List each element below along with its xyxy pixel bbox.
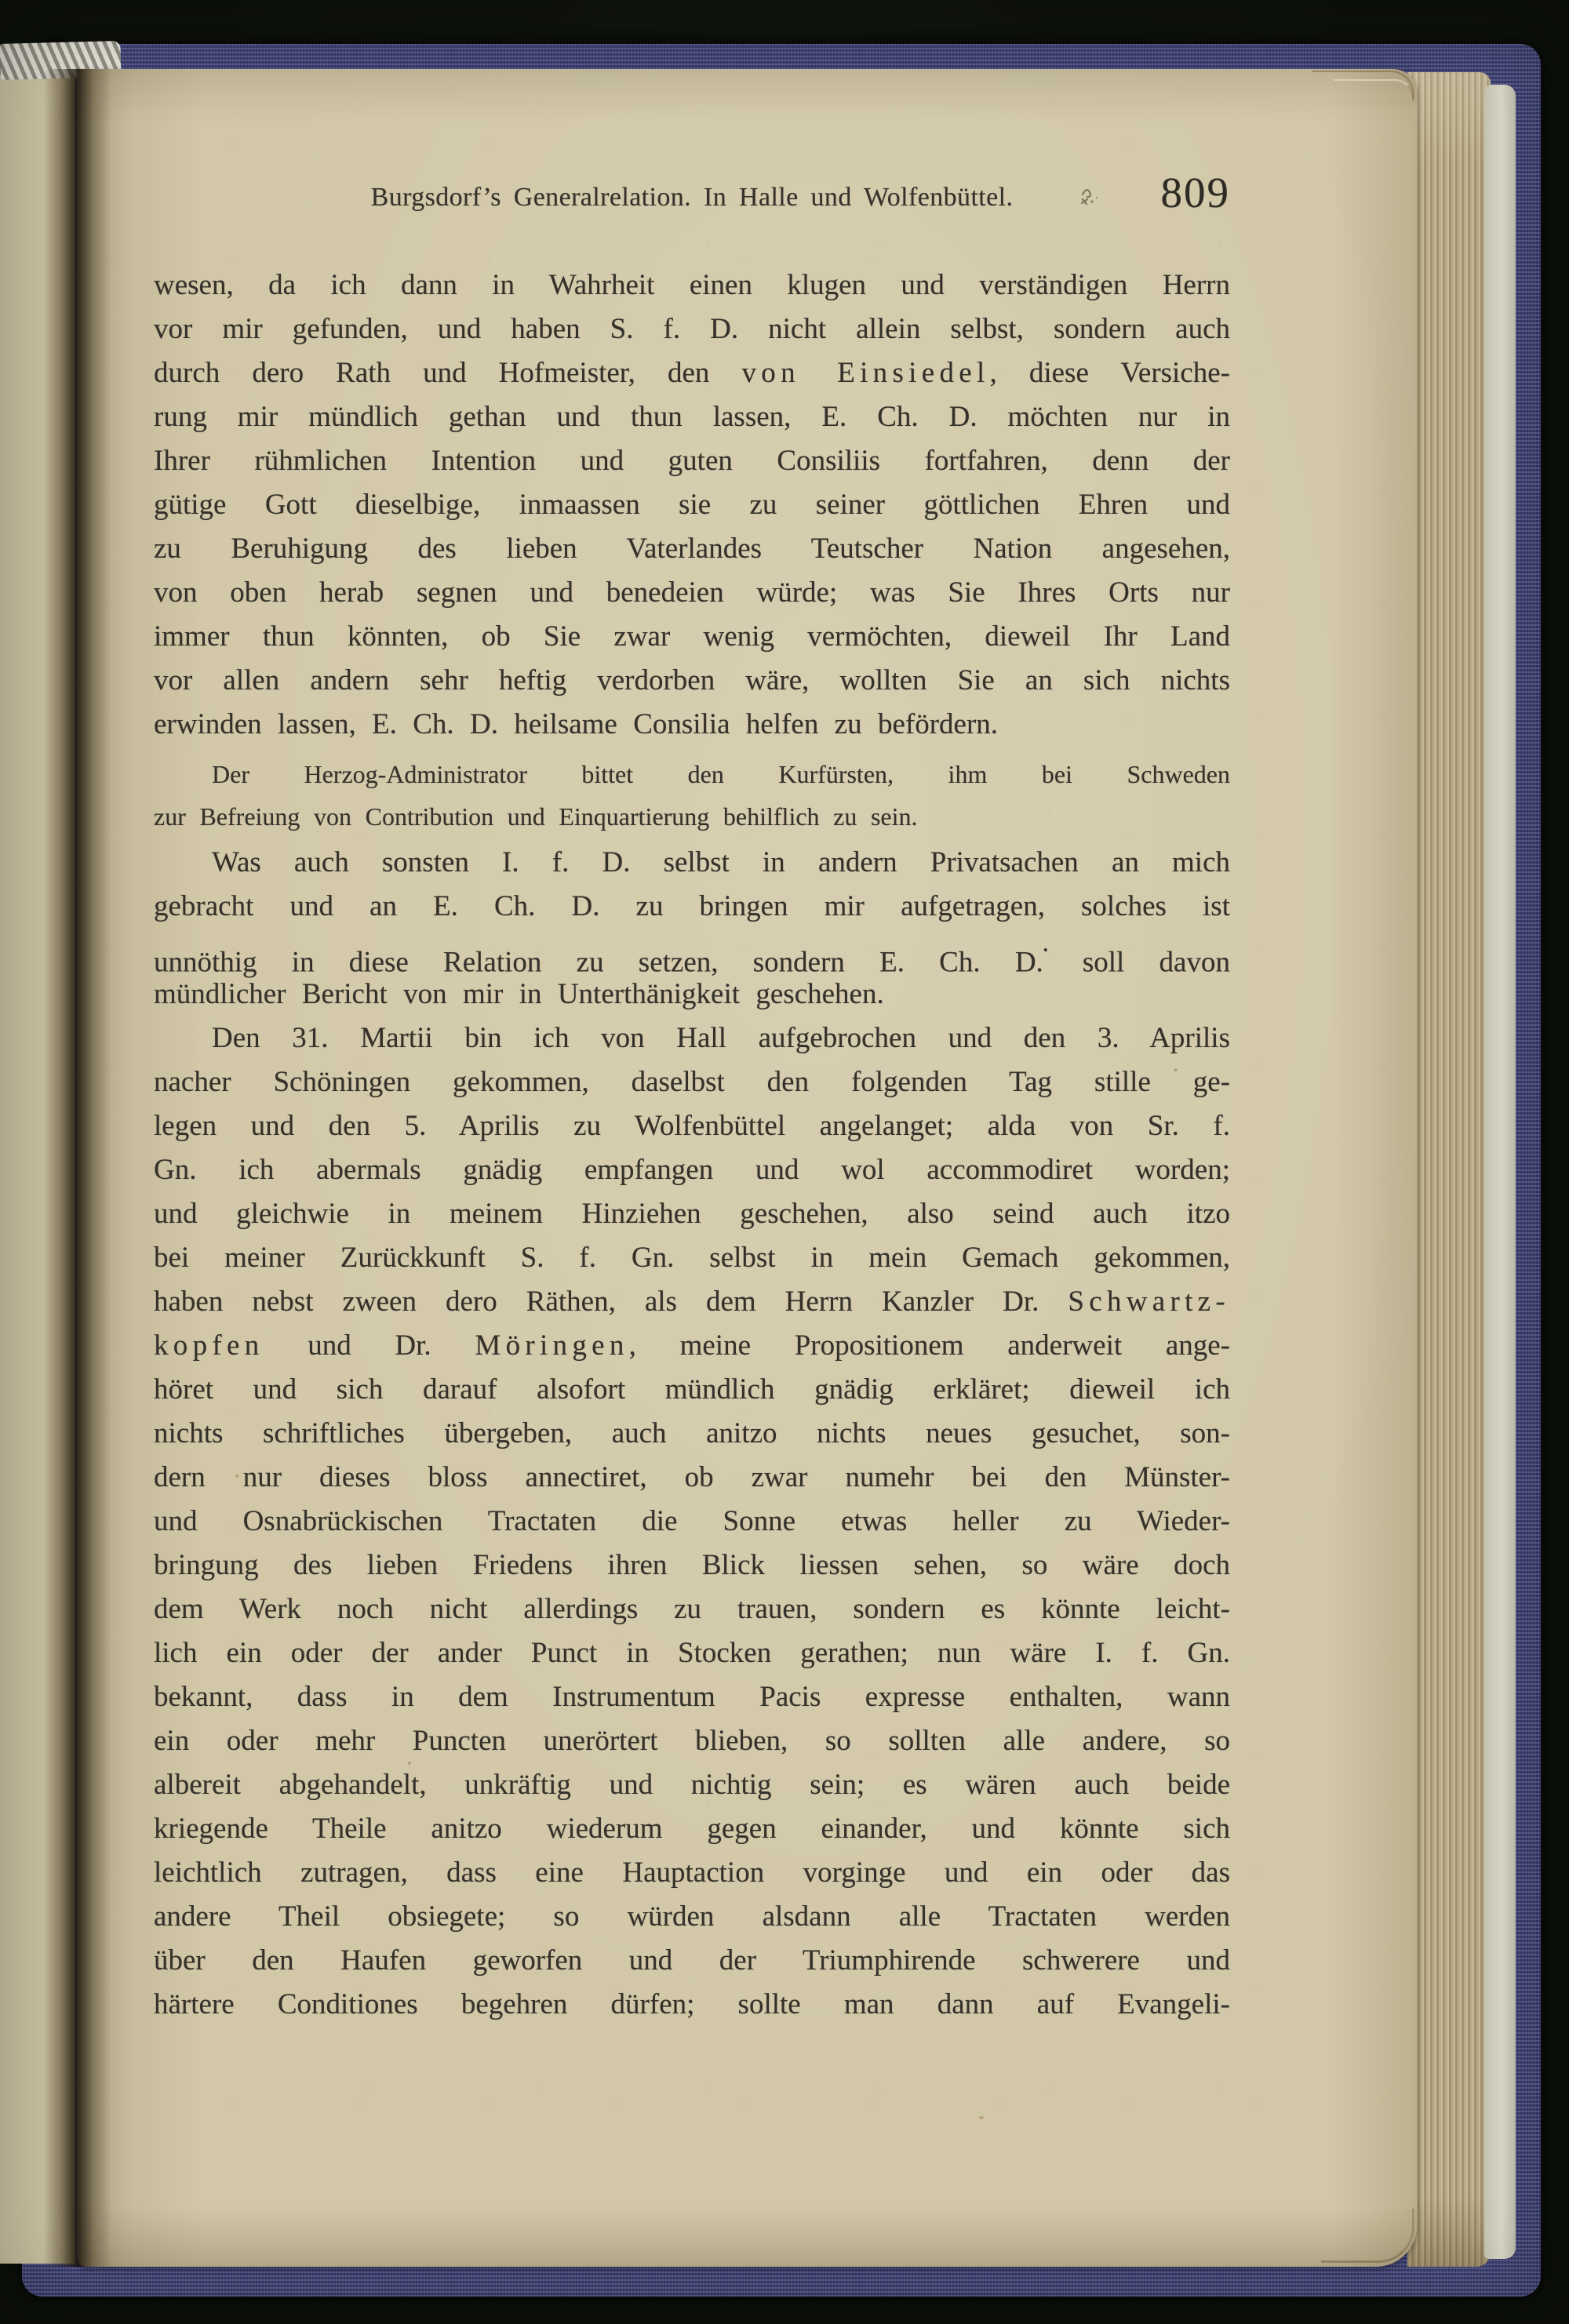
text-line: nichts schriftliches übergeben, auch ani… (154, 1412, 1230, 1456)
text-segment: bei meiner Zurückkunft S. f. Gn. selbst … (154, 1242, 1230, 1274)
text-segment: leichtlich zutragen, dass eine Hauptacti… (154, 1857, 1230, 1889)
text-line: bekannt, dass in dem Instrumentum Pacis … (154, 1675, 1230, 1719)
text-line: immer thun könnten, ob Sie zwar wenig ve… (154, 615, 1230, 659)
text-segment: Den 31. Martii bin ich von Hall aufgebro… (212, 1022, 1230, 1054)
paragraph: wesen, da ich dann in Wahrheit einen klu… (154, 264, 1230, 747)
text-segment: und gleichwie in meinem Hinziehen gesche… (154, 1198, 1230, 1230)
page-number: 809 (1161, 169, 1231, 216)
text-line: dern nur dieses bloss annectiret, ob zwa… (154, 1456, 1230, 1500)
paragraph: Den 31. Martii bin ich von Hall aufgebro… (154, 1017, 1230, 2027)
text-line: rung mir mündlich gethan und thun lassen… (154, 395, 1230, 439)
text-segment: dern nur dieses bloss annectiret, ob zwa… (154, 1461, 1230, 1493)
text-line: haben nebst zween dero Räthen, als dem H… (154, 1280, 1230, 1324)
text-line: Der Herzog-Administrator bittet den Kurf… (154, 753, 1230, 795)
text-line: härtere Conditiones begehren dürfen; sol… (154, 1983, 1230, 2027)
text-segment: durch dero Rath und Hofmeister, den (154, 357, 741, 389)
endpaper-edge (1484, 85, 1516, 2259)
text-segment: Der Herzog-Administrator bittet den Kurf… (212, 760, 1230, 788)
text-segment: haben nebst zween dero Räthen, als dem H… (154, 1286, 1068, 1318)
text-segment: , diese Versiche- (990, 357, 1230, 389)
text-segment: kriegende Theile anitzo wiederum gegen e… (154, 1813, 1230, 1845)
text-segment: gebracht und an E. Ch. D. zu bringen mir… (154, 890, 1230, 922)
text-line: Was auch sonsten I. f. D. selbst in ande… (154, 841, 1230, 885)
text-segment: härtere Conditiones begehren dürfen; sol… (154, 1988, 1230, 2020)
text-line: vor mir gefunden, und haben S. f. D. nic… (154, 307, 1230, 351)
text-line: andere Theil obsiegete; so würden alsdan… (154, 1895, 1230, 1939)
text-segment: bringung des lieben Friedens ihren Blick… (154, 1549, 1230, 1581)
running-head: Burgsdorf’s Generalrelation. In Halle un… (154, 174, 1230, 221)
text-segment: höret und sich darauf alsofort mündlich … (154, 1373, 1230, 1406)
text-line: legen und den 5. Aprilis zu Wolfenbüttel… (154, 1104, 1230, 1148)
text-segment: zur Befreiung von Contribution und Einqu… (154, 802, 918, 831)
text-segment: Was auch sonsten I. f. D. selbst in ande… (212, 846, 1230, 878)
page-curl-top-right-inner (1334, 79, 1414, 101)
text-segment: zu Beruhigung des lieben Vaterlandes Teu… (154, 533, 1230, 565)
text-segment: wesen, da ich dann in Wahrheit einen klu… (154, 269, 1230, 301)
text-segment: bekannt, dass in dem Instrumentum Pacis … (154, 1681, 1230, 1713)
text-segment: Ihrer rühmlichen Intention und guten Con… (154, 445, 1230, 477)
text-segment: mündlicher Bericht von mir in Unterthäni… (154, 978, 884, 1010)
text-line: zu Beruhigung des lieben Vaterlandes Teu… (154, 527, 1230, 571)
text-line: von oben herab segnen und benedeien würd… (154, 571, 1230, 615)
page-block-fore-edge (1407, 72, 1491, 2267)
text-segment: ein oder mehr Puncten unerörtert blieben… (154, 1725, 1230, 1757)
text-segment: und Osnabrückischen Tractaten die Sonne … (154, 1505, 1230, 1537)
text-segment: gütige Gott dieselbige, inmaassen sie zu… (154, 489, 1230, 521)
text-line: erwinden lassen, E. Ch. D. heilsame Cons… (154, 703, 1230, 747)
text-line: bringung des lieben Friedens ihren Blick… (154, 1544, 1230, 1588)
text-line: und Osnabrückischen Tractaten die Sonne … (154, 1500, 1230, 1544)
text-line: kopfen und Dr. Möringen, meine Propositi… (154, 1324, 1230, 1368)
text-segment: Gn. ich abermals gnädig empfangen und wo… (154, 1154, 1230, 1186)
text-line: leichtlich zutragen, dass eine Hauptacti… (154, 1851, 1230, 1895)
text-segment: andere Theil obsiegete; so würden alsdan… (154, 1900, 1230, 1933)
text-line: höret und sich darauf alsofort mündlich … (154, 1368, 1230, 1412)
text-line: Gn. ich abermals gnädig empfangen und wo… (154, 1148, 1230, 1192)
text-line: lich ein oder der ander Punct in Stocken… (154, 1631, 1230, 1675)
text-segment: vor mir gefunden, und haben S. f. D. nic… (154, 313, 1230, 345)
text-segment: dem Werk noch nicht allerdings zu trauen… (154, 1593, 1230, 1625)
text-line: Den 31. Martii bin ich von Hall aufgebro… (154, 1017, 1230, 1060)
text-segment: lich ein oder der ander Punct in Stocken… (154, 1637, 1230, 1669)
text-line: und gleichwie in meinem Hinziehen gesche… (154, 1192, 1230, 1236)
running-head-title: Burgsdorf’s Generalrelation. In Halle un… (371, 182, 1014, 213)
text-segment: soll davon (1048, 946, 1230, 978)
text-segment: und Dr. (264, 1329, 475, 1362)
text-line: unnöthig in diese Relation zu setzen, so… (154, 929, 1230, 973)
pencil-mark (1076, 182, 1111, 213)
text-segment: vor allen andern sehr heftig verdorben w… (154, 664, 1230, 696)
text-line: gütige Gott dieselbige, inmaassen sie zu… (154, 483, 1230, 527)
text-segment: legen und den 5. Aprilis zu Wolfenbüttel… (154, 1110, 1230, 1142)
text-segment: Schwartz- (1068, 1286, 1230, 1318)
text-line: gebracht und an E. Ch. D. zu bringen mir… (154, 885, 1230, 929)
text-segment: über den Haufen geworfen und der Triumph… (154, 1944, 1230, 1977)
text-line: wesen, da ich dann in Wahrheit einen klu… (154, 264, 1230, 307)
text-line: zur Befreiung von Contribution und Einqu… (154, 795, 1230, 838)
text-line: durch dero Rath und Hofmeister, den von … (154, 351, 1230, 395)
dust-speck (979, 2116, 984, 2119)
text-line: albereit abgehandelt, unkräftig und nich… (154, 1763, 1230, 1807)
page-curl-bottom-right (1321, 2209, 1414, 2263)
text-line: dem Werk noch nicht allerdings zu trauen… (154, 1588, 1230, 1631)
text-line: ein oder mehr Puncten unerörtert blieben… (154, 1719, 1230, 1763)
text-segment: nichts schriftliches übergeben, auch ani… (154, 1417, 1230, 1449)
text-segment: albereit abgehandelt, unkräftig und nich… (154, 1769, 1230, 1801)
gutter-shadow (44, 69, 111, 2267)
paragraph-petit: Der Herzog-Administrator bittet den Kurf… (154, 753, 1230, 838)
text-line: Ihrer rühmlichen Intention und guten Con… (154, 439, 1230, 483)
text-segment: kopfen (154, 1329, 264, 1362)
page-text: wesen, da ich dann in Wahrheit einen klu… (154, 264, 1230, 2027)
text-segment: erwinden lassen, E. Ch. D. heilsame Cons… (154, 708, 998, 740)
text-line: mündlicher Bericht von mir in Unterthäni… (154, 973, 1230, 1017)
text-line: vor allen andern sehr heftig verdorben w… (154, 659, 1230, 703)
text-segment: Möringen (475, 1329, 628, 1362)
text-line: bei meiner Zurückkunft S. f. Gn. selbst … (154, 1236, 1230, 1280)
paragraph: Was auch sonsten I. f. D. selbst in ande… (154, 841, 1230, 1017)
text-segment: von Einsiedel (741, 357, 989, 389)
text-segment: , meine Propositionem anderweit ange- (629, 1329, 1230, 1362)
text-line: kriegende Theile anitzo wiederum gegen e… (154, 1807, 1230, 1851)
book-photo: Burgsdorf’s Generalrelation. In Halle un… (0, 0, 1569, 2324)
text-line: nacher Schöningen gekommen, daselbst den… (154, 1060, 1230, 1104)
text-segment: rung mir mündlich gethan und thun lassen… (154, 401, 1230, 433)
text-line: über den Haufen geworfen und der Triumph… (154, 1939, 1230, 1983)
text-segment: von oben herab segnen und benedeien würd… (154, 576, 1230, 609)
text-segment: immer thun könnten, ob Sie zwar wenig ve… (154, 620, 1230, 653)
text-segment: nacher Schöningen gekommen, daselbst den… (154, 1066, 1230, 1098)
